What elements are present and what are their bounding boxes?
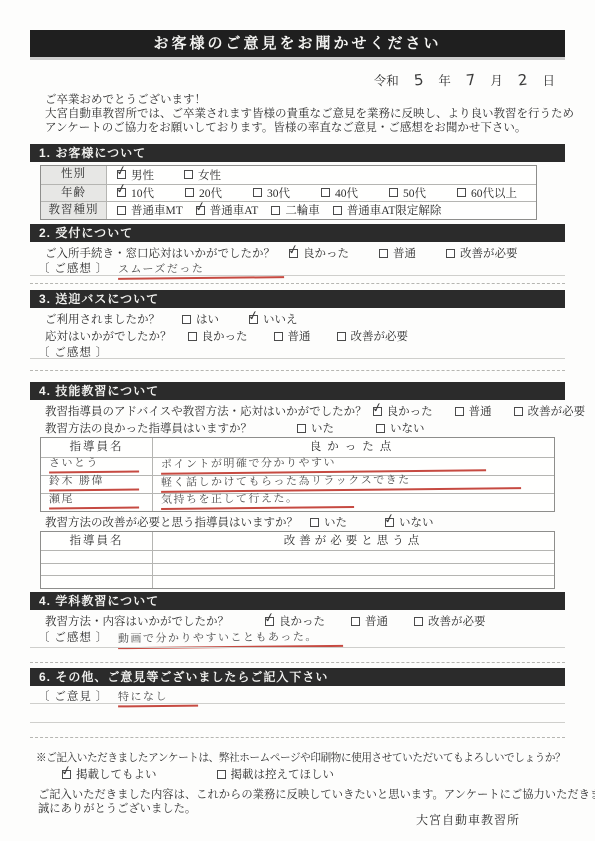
option-good[interactable]: 良かった [373, 403, 433, 419]
checkbox-icon[interactable] [379, 249, 388, 258]
writing-line [30, 722, 565, 723]
checkbox-label: 良かった [387, 403, 433, 419]
checkbox-icon[interactable] [62, 770, 71, 779]
comment-label: 〔 ご感想 〕 [38, 260, 108, 276]
publication-consent-options: 掲載してもよい 掲載は控えてほしい [62, 766, 334, 782]
checkbox-icon[interactable] [446, 249, 455, 258]
reception-options: 良かった 普通 改善が必要 [289, 245, 518, 261]
instructor-name-cell [41, 564, 153, 576]
checkbox-label: いいえ [263, 311, 298, 327]
question-text: 応対はいかがでしたか？ [45, 328, 172, 344]
comment-label: 〔 ご意見 〕 [38, 688, 108, 704]
checkbox-icon[interactable] [455, 407, 464, 416]
option-age-30s[interactable]: 30代 [253, 185, 290, 201]
option-female[interactable]: 女性 [184, 167, 221, 183]
question-text: ご利用されましたか？ [45, 311, 160, 327]
option-male[interactable]: 男性 [117, 167, 154, 183]
date-month-value: 7 [465, 71, 476, 90]
option-normal[interactable]: 普通 [274, 328, 311, 344]
intro-line-1: ご卒業おめでとうございます！ [45, 93, 206, 107]
good-instructor-options: いた いない [297, 420, 425, 436]
option-at-limit-release[interactable]: 普通車AT限定解除 [333, 202, 442, 218]
option-ita[interactable]: いた [310, 514, 347, 530]
checkbox-label: 改善が必要 [528, 403, 586, 419]
option-needs-improvement[interactable]: 改善が必要 [337, 328, 409, 344]
option-normal[interactable]: 普通 [379, 245, 416, 261]
checkbox-label: 普通車AT限定解除 [347, 202, 442, 218]
page-title: お客様のご意見をお聞かせください [30, 30, 565, 57]
checkbox-icon[interactable] [376, 424, 385, 433]
checkbox-icon[interactable] [184, 170, 193, 179]
checkbox-icon[interactable] [385, 518, 394, 527]
age-label: 年齢 [41, 185, 107, 202]
school-signature: 大宮自動車教習所 [416, 811, 520, 828]
checkbox-label: 10代 [131, 185, 154, 201]
checkbox-label: 改善が必要 [460, 245, 518, 261]
improvement-point-cell [153, 564, 554, 576]
section2-header: 2. 受付について [30, 224, 565, 242]
handwritten-name: 鈴木 勝偉 [49, 472, 139, 492]
writing-line [30, 703, 565, 704]
bus-used-options: はい いいえ [182, 311, 298, 327]
age-options: 10代 20代 30代 40代 50代 [107, 185, 536, 202]
option-good[interactable]: 良かった [265, 613, 325, 629]
table-header-row: 指導員名 改善が必要と思う点 [41, 532, 554, 550]
gender-options: 男性 女性 [107, 166, 536, 184]
checkbox-label: 二輪車 [285, 202, 320, 218]
checkbox-icon[interactable] [297, 424, 306, 433]
question-text: 教習指導員のアドバイスや教習方法・応対はいかがでしたか？ [45, 403, 367, 419]
intro-line-3: アンケートのご協力をお願いしております。皆様の率直なご意見・ご感想をお聞かせ下さ… [45, 121, 526, 135]
option-motorcycle[interactable]: 二輪車 [271, 202, 320, 218]
classroom-question-row: 教習方法・内容はいかがでしたか？ 良かった 普通 改善が必要 [45, 613, 486, 629]
section3-header: 3. 送迎バスについて [30, 290, 565, 308]
survey-page: お客様のご意見をお聞かせください 令和 5 年 7 月 2 日 ご卒業おめでとう… [0, 0, 595, 841]
checkbox-label: 男性 [131, 167, 154, 183]
checkbox-label: 40代 [335, 185, 358, 201]
handwritten-name: さいとう [49, 454, 139, 474]
option-age-50s[interactable]: 50代 [389, 185, 426, 201]
date-line: 令和 5 年 7 月 2 日 [374, 71, 555, 89]
checkbox-label: 改善が必要 [428, 613, 486, 629]
checkbox-label: 女性 [198, 167, 221, 183]
checkbox-icon[interactable] [117, 206, 126, 215]
option-age-10s[interactable]: 10代 [117, 185, 154, 201]
checkbox-icon[interactable] [117, 188, 126, 197]
gender-label: 性別 [41, 166, 107, 184]
checkbox-label: 普通 [393, 245, 416, 261]
closing-line-2: 誠にありがとうございました。 [38, 800, 196, 816]
checkbox-icon[interactable] [271, 206, 280, 215]
checkbox-label: いた [311, 420, 334, 436]
bus-used-question-row: ご利用されましたか？ はい いいえ [45, 311, 298, 327]
option-needs-improvement[interactable]: 改善が必要 [414, 613, 486, 629]
option-normal[interactable]: 普通 [351, 613, 388, 629]
improvement-point-cell [153, 576, 554, 588]
classroom-comment-row: 〔 ご感想 〕 動画で分かりやすいこともあった。 [38, 629, 343, 648]
option-no[interactable]: いいえ [249, 311, 298, 327]
section-separator [30, 370, 565, 371]
date-year-unit: 年 [438, 71, 451, 89]
reception-comment-row: 〔 ご感想 〕 スムーズだった [38, 260, 285, 279]
section6-header: 6. その他、ご意見等ございましたらご記入下さい [30, 668, 565, 686]
improvement-point-cell [153, 551, 554, 563]
handwritten-comment: スムーズだった [118, 259, 285, 280]
good-point-cell: 気持ちを正して行えた。 [153, 489, 554, 511]
option-age-60plus[interactable]: 60代以上 [457, 185, 517, 201]
option-ita[interactable]: いた [297, 420, 334, 436]
checkbox-label: 良かった [202, 328, 248, 344]
handwritten-comment: 動画で分かりやすいこともあった。 [118, 628, 343, 649]
course-type-row: 教習種別 普通車MT 普通車AT 二輪車 普通車AT限定解除 [41, 201, 536, 219]
date-year-value: 5 [413, 71, 424, 90]
checkbox-icon[interactable] [188, 332, 197, 341]
section4-header: 4. 技能教習について [30, 382, 565, 400]
checkbox-label: 30代 [267, 185, 290, 201]
publication-consent-note: ※ご記入いただきましたアンケートは、弊社ホームページや印刷物に使用させていただい… [36, 750, 565, 765]
instructor-name-cell: 瀬尾 [41, 489, 153, 511]
column-header-instructor-name: 指導員名 [41, 532, 153, 550]
checkbox-icon[interactable] [457, 188, 466, 197]
comment-label: 〔 ご感想 〕 [38, 629, 108, 645]
checkbox-icon[interactable] [514, 407, 523, 416]
checkbox-icon[interactable] [310, 518, 319, 527]
option-good[interactable]: 良かった [188, 328, 248, 344]
checkbox-label: 普通 [365, 613, 388, 629]
checkbox-label: 50代 [403, 185, 426, 201]
checkbox-label: 60代以上 [471, 185, 517, 201]
checkbox-label: 掲載は控えてほしい [231, 766, 335, 782]
date-day-unit: 日 [542, 71, 555, 89]
checkbox-label: 普通車AT [210, 202, 259, 218]
checkbox-icon[interactable] [253, 188, 262, 197]
option-allow-publication[interactable]: 掲載してもよい [62, 766, 157, 782]
option-decline-publication[interactable]: 掲載は控えてほしい [217, 766, 335, 782]
classroom-options: 良かった 普通 改善が必要 [265, 613, 486, 629]
table-row [41, 575, 554, 588]
checkbox-icon[interactable] [274, 332, 283, 341]
date-day-value: 2 [517, 71, 528, 90]
checkbox-label: 普通 [469, 403, 492, 419]
good-instructor-table: 指導員名 良かった点 さいとう ポイントが明確で分かりやすい 鈴木 勝偉 軽く話… [40, 437, 555, 512]
option-needs-improvement[interactable]: 改善が必要 [514, 403, 586, 419]
option-car-at[interactable]: 普通車AT [196, 202, 259, 218]
option-normal[interactable]: 普通 [455, 403, 492, 419]
section-separator [30, 662, 565, 663]
good-instructor-question-row: 教習方法の良かった指導員はいますか？ いた いない [45, 420, 425, 436]
other-opinion-row: 〔 ご意見 〕 特になし [38, 688, 198, 707]
handwritten-comment: 特になし [118, 688, 198, 708]
skill-advice-options: 良かった 普通 改善が必要 [373, 403, 586, 419]
question-text: 教習方法の改善が必要と思う指導員はいますか？ [45, 514, 298, 530]
table-row [41, 550, 554, 563]
option-inai[interactable]: いない [385, 514, 434, 530]
date-month-unit: 月 [490, 71, 503, 89]
table-row: 瀬尾 気持ちを正して行えた。 [41, 493, 554, 511]
checkbox-label: 改善が必要 [351, 328, 409, 344]
checkbox-label: 普通車MT [131, 202, 183, 218]
intro-line-2: 大宮自動車教習所では、ご卒業されます皆様の貴重なご意見を業務に反映し、より良い教… [45, 107, 574, 121]
option-yes[interactable]: はい [182, 311, 219, 327]
table-row [41, 563, 554, 576]
writing-line [30, 358, 565, 359]
handwritten-point: 気持ちを正して行えた。 [161, 489, 354, 510]
checkbox-icon[interactable] [373, 407, 382, 416]
section-separator [30, 283, 565, 284]
option-age-40s[interactable]: 40代 [321, 185, 358, 201]
question-text: 教習方法の良かった指導員はいますか？ [45, 420, 252, 436]
instructor-name-cell [41, 576, 153, 588]
instructor-name-cell [41, 551, 153, 563]
age-row: 年齢 10代 20代 30代 40代 [41, 184, 536, 202]
option-good[interactable]: 良かった [289, 245, 349, 261]
checkbox-label: はい [196, 311, 219, 327]
skill-advice-question-row: 教習指導員のアドバイスや教習方法・応対はいかがでしたか？ 良かった 普通 改善が… [45, 403, 585, 419]
improvement-instructor-table: 指導員名 改善が必要と思う点 [40, 531, 555, 589]
bus-service-question-row: 応対はいかがでしたか？ 良かった 普通 改善が必要 [45, 328, 408, 344]
checkbox-icon[interactable] [333, 206, 342, 215]
checkbox-icon[interactable] [289, 249, 298, 258]
checkbox-label: いない [390, 420, 425, 436]
option-inai[interactable]: いない [376, 420, 425, 436]
section-separator [30, 737, 565, 738]
writing-line [30, 647, 565, 648]
checkbox-icon[interactable] [196, 206, 205, 215]
checkbox-label: 良かった [279, 613, 325, 629]
checkbox-icon[interactable] [185, 188, 194, 197]
option-car-mt[interactable]: 普通車MT [117, 202, 183, 218]
checkbox-icon[interactable] [182, 315, 191, 324]
question-text: 教習方法・内容はいかがでしたか？ [45, 613, 229, 629]
course-type-options: 普通車MT 普通車AT 二輪車 普通車AT限定解除 [107, 202, 536, 219]
gender-row: 性別 男性 女性 [41, 166, 536, 184]
option-needs-improvement[interactable]: 改善が必要 [446, 245, 518, 261]
customer-info-table: 性別 男性 女性 年齢 10代 [40, 165, 537, 220]
writing-line [30, 275, 565, 276]
checkbox-label: 良かった [303, 245, 349, 261]
checkbox-label: 普通 [288, 328, 311, 344]
date-era: 令和 [374, 71, 399, 89]
checkbox-icon[interactable] [414, 617, 423, 626]
checkbox-label: いた [324, 514, 347, 530]
course-type-label: 教習種別 [41, 202, 107, 219]
checkbox-icon[interactable] [217, 770, 226, 779]
checkbox-icon[interactable] [117, 170, 126, 179]
checkbox-icon[interactable] [265, 617, 274, 626]
checkbox-icon[interactable] [351, 617, 360, 626]
section5-header: 4. 学科教習について [30, 592, 565, 610]
checkbox-icon[interactable] [321, 188, 330, 197]
checkbox-label: 掲載してもよい [76, 766, 157, 782]
column-header-improvement-point: 改善が必要と思う点 [153, 532, 554, 550]
bus-service-options: 良かった 普通 改善が必要 [188, 328, 409, 344]
checkbox-label: いない [399, 514, 434, 530]
section1-header: 1. お客様について [30, 144, 565, 162]
checkbox-icon[interactable] [249, 315, 258, 324]
checkbox-icon[interactable] [389, 188, 398, 197]
bad-instructor-options: いた いない [310, 514, 434, 530]
handwritten-name: 瀬尾 [49, 490, 139, 510]
checkbox-icon[interactable] [337, 332, 346, 341]
bad-instructor-question-row: 教習方法の改善が必要と思う指導員はいますか？ いた いない [45, 514, 434, 530]
